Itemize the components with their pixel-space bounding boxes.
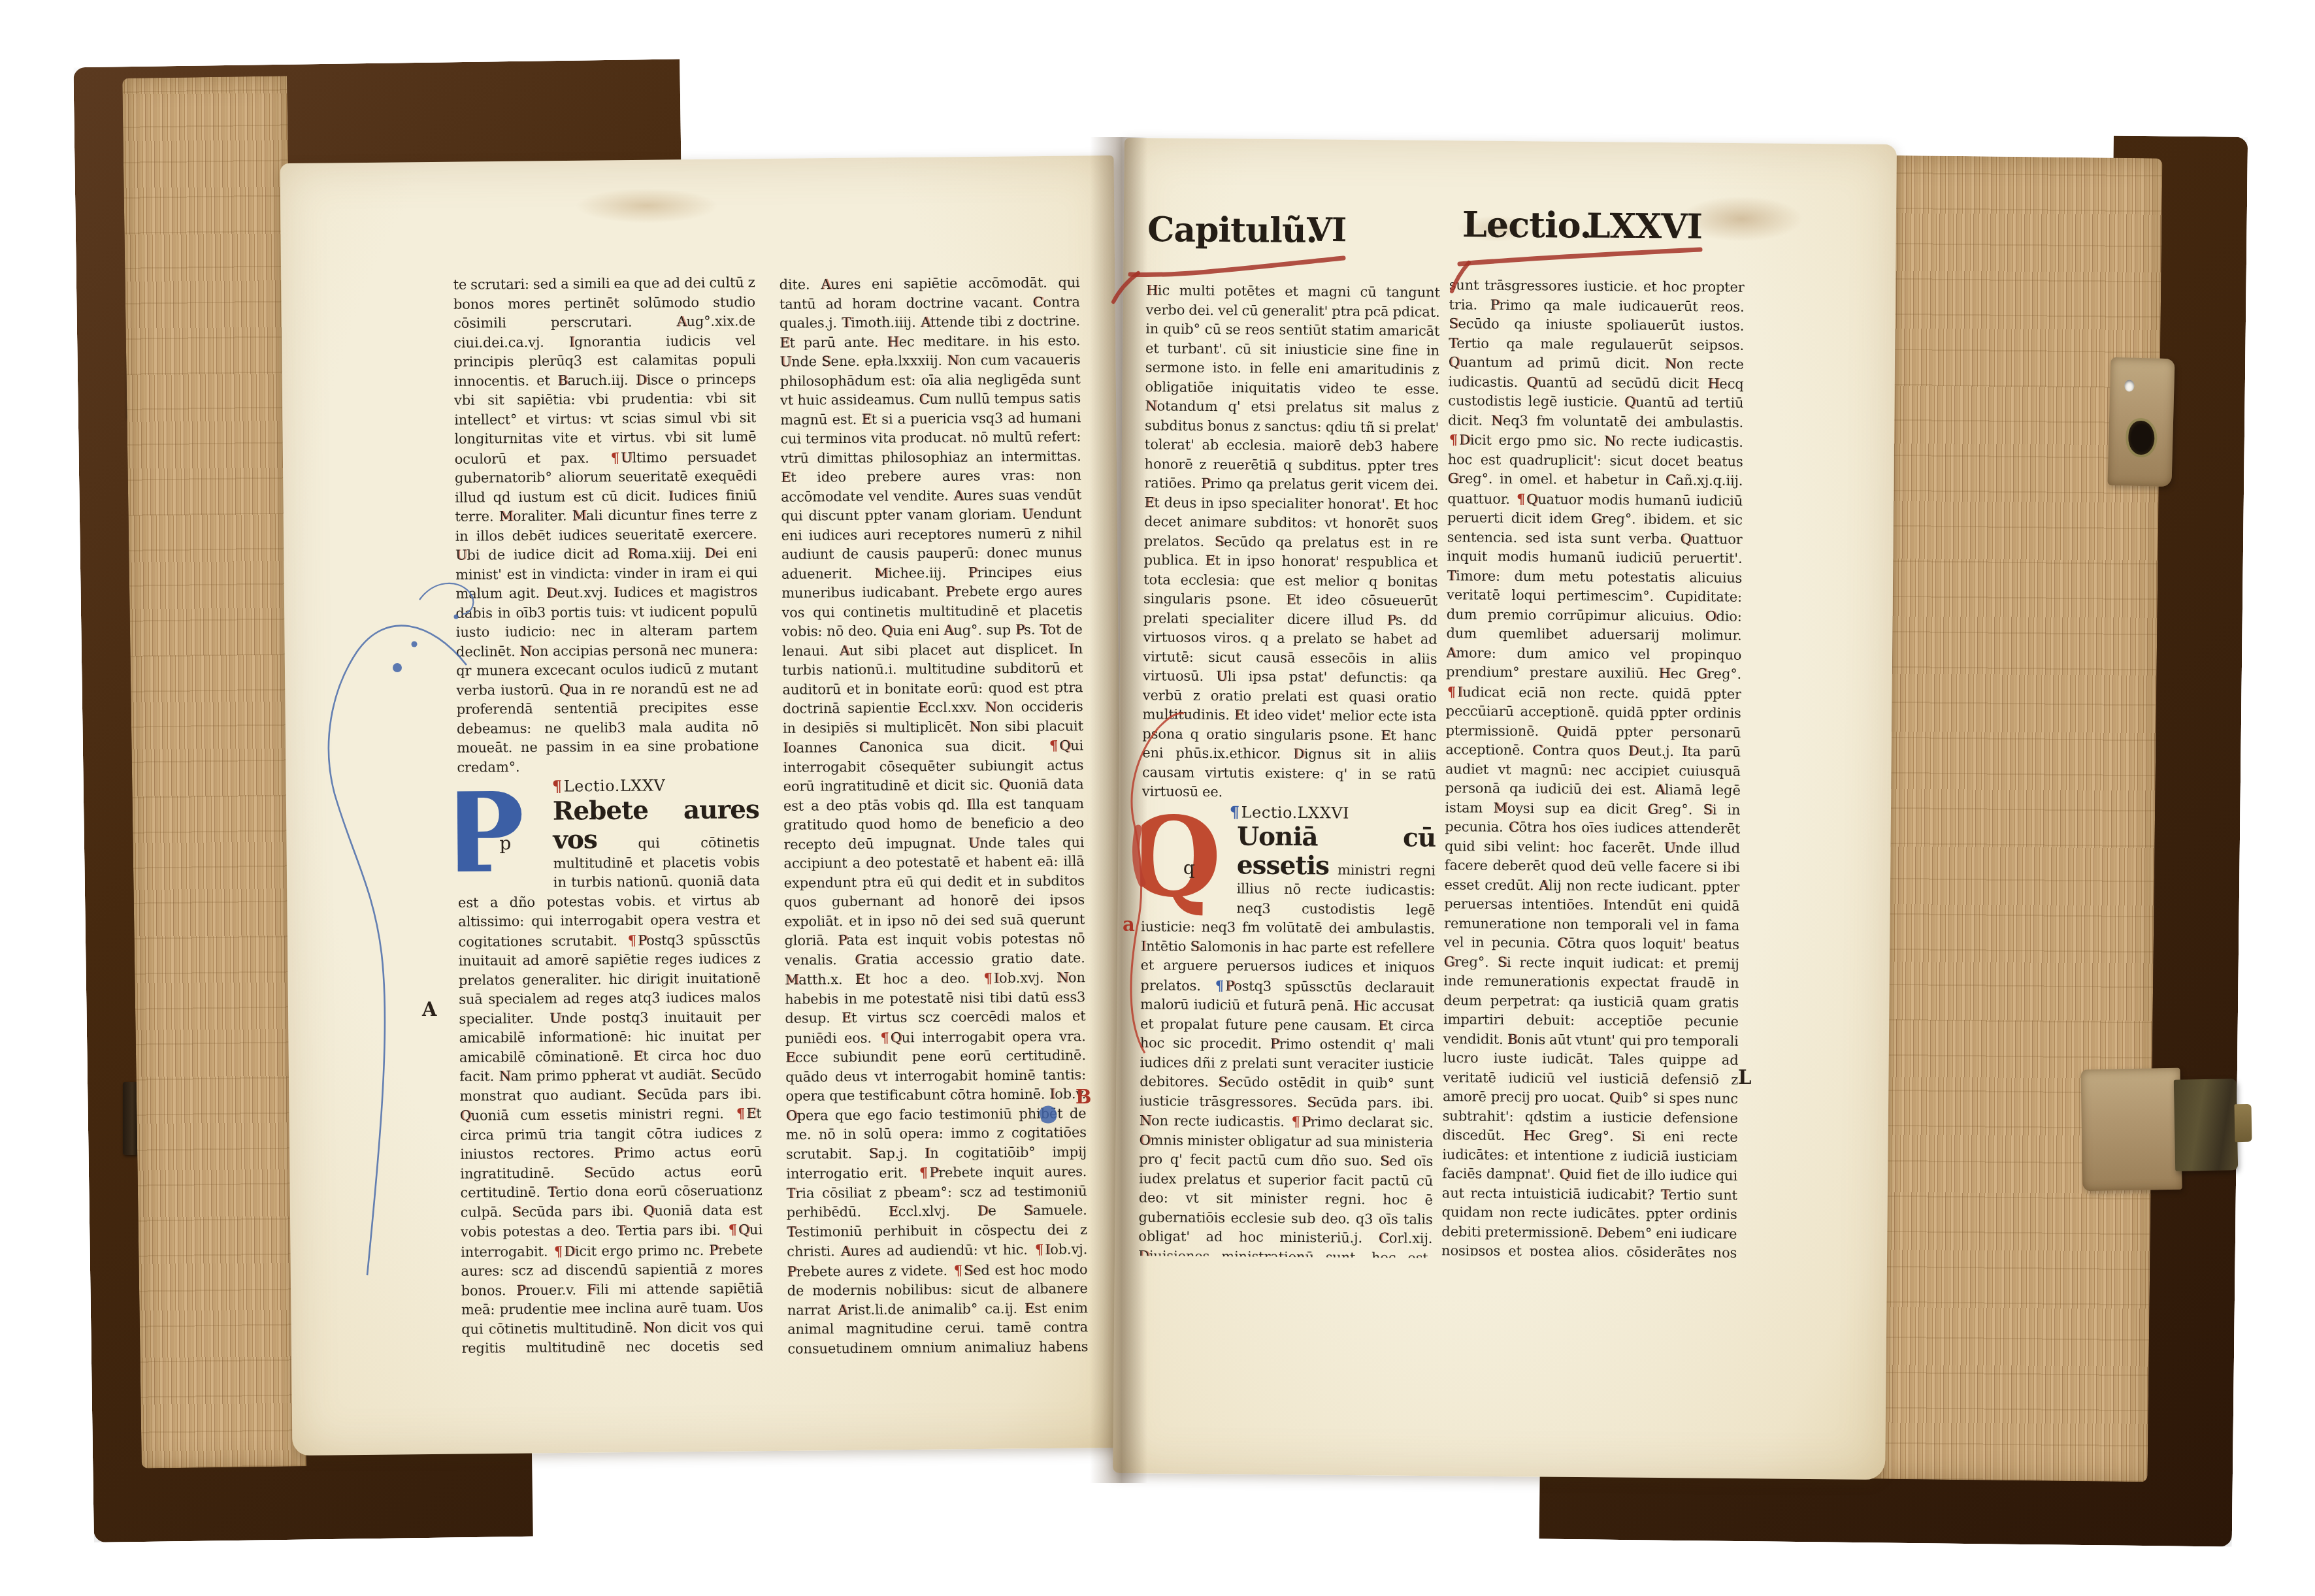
pilcrow-mark: ¶ (627, 932, 638, 948)
rubricated-capital: P (1302, 1114, 1311, 1130)
rubricated-capital: E (785, 1050, 795, 1066)
rubricated-capital: G (1591, 511, 1602, 527)
rubricated-capital: E (918, 700, 928, 715)
initial-p-guide-letter: p (499, 834, 511, 853)
rubricated-capital: P (709, 1242, 718, 1258)
pilcrow-mark: ¶ (1446, 683, 1457, 700)
rubricated-capital: Q (1526, 374, 1537, 390)
rubricated-capital: P (968, 564, 977, 580)
rubricated-capital: E (889, 1203, 898, 1219)
photo-of-open-incunable: Capitulũ. VI Lectio. LXXVI te scrutari: … (0, 0, 2315, 1596)
rubricated-capital: C (1666, 472, 1676, 488)
body-text: Hic multi potētes et magni cū tangunt ve… (1142, 282, 1440, 800)
pilcrow-mark: ¶ (553, 1243, 564, 1259)
rubricated-capital: Q (559, 681, 570, 697)
lectio-number: LXXVI (1586, 206, 1702, 246)
clasp-strap-upper (2107, 357, 2175, 487)
rubricated-capital: N (985, 699, 996, 715)
rubricated-capital: M (1493, 800, 1507, 815)
pilcrow-mark: ¶ (1290, 1113, 1301, 1130)
rubricated-capital: Q (1449, 354, 1460, 370)
rubricated-capital: P (1225, 978, 1234, 994)
rubricated-capital: I (668, 488, 674, 504)
rubricated-capital: C (1532, 742, 1543, 758)
pilcrow-mark: ¶ (1228, 802, 1241, 821)
rubricated-capital: S (1380, 1153, 1389, 1169)
pilcrow-mark: ¶ (1515, 491, 1526, 507)
rubricated-capital: A (841, 1243, 851, 1259)
rubricated-capital: D (1628, 743, 1639, 758)
rubricated-capital: N (1604, 433, 1616, 449)
rubricated-capital: G (1647, 801, 1658, 817)
rubricated-capital: E (746, 1105, 756, 1121)
rubricated-capital: T (548, 1184, 555, 1200)
rubricated-capital: T (1447, 568, 1456, 583)
rubricated-capital: U (455, 547, 467, 563)
rubricated-capital: C (1557, 936, 1568, 951)
rubricated-capital: S (1498, 954, 1507, 969)
rubricated-capital: C (859, 740, 870, 755)
right-fore-edge (1869, 155, 2163, 1482)
lectio-heading: Lectio. (1462, 203, 1592, 246)
pilcrow-mark: ¶ (551, 777, 564, 796)
rubricated-capital: N (643, 1320, 655, 1335)
rubricated-capital: I (783, 740, 788, 756)
rubricated-capital: U (550, 1010, 561, 1026)
rubricated-capital: M (785, 972, 799, 988)
rubricated-capital: C (1032, 294, 1043, 310)
rubricated-capital: S (512, 1204, 521, 1220)
rubricated-capital: E (780, 334, 789, 350)
rubricated-capital: N (1140, 1113, 1151, 1128)
rubricated-capital: U (736, 1299, 748, 1315)
body-text: qui cōtinetis multitudinē et placetis vo… (458, 834, 764, 1357)
pilcrow-mark: ¶ (1214, 977, 1225, 994)
rubricated-capital: H (1707, 376, 1719, 391)
rubricated-capital: P (1270, 1036, 1279, 1052)
rubricated-capital: T (786, 1185, 795, 1201)
rubricated-capital: N (1145, 398, 1157, 414)
rubricated-capital: Q (1624, 394, 1635, 410)
rubricated-capital: I (1049, 1086, 1055, 1102)
rubricated-capital: S (1307, 1094, 1316, 1110)
rubricated-capital: H (887, 334, 898, 350)
initial-p: Pp (453, 799, 548, 879)
rubricated-capital: N (947, 353, 959, 368)
rubricated-capital: T (787, 1224, 795, 1239)
rubricated-capital: S (821, 353, 830, 369)
rubricated-capital: E (842, 1010, 851, 1026)
rubricated-capital: S (1703, 802, 1712, 817)
rubricated-capital: I (1045, 1242, 1050, 1258)
rubricated-capital: S (1449, 316, 1458, 331)
rubricated-capital: A (953, 487, 963, 503)
rubricated-capital: Q (643, 1203, 654, 1218)
rubricated-capital: A (944, 623, 953, 638)
rubricated-capital: A (1655, 782, 1665, 798)
rubricated-capital: D (564, 1243, 575, 1259)
rubricated-capital: N (519, 643, 531, 659)
rubricated-capital: I (1457, 684, 1462, 700)
rubricated-capital: Q (1559, 1167, 1570, 1182)
rubricated-capital: S (711, 1067, 720, 1083)
rubricated-capital: D (977, 1203, 989, 1218)
initial-q-letter: Q (1138, 802, 1222, 912)
strap-hole-small (2124, 380, 2134, 391)
rubricated-capital: Q (1680, 531, 1691, 547)
clasp-brass-plate (2174, 1079, 2238, 1171)
rubricated-capital: S (869, 1145, 878, 1161)
rubricated-capital: C (1379, 1230, 1389, 1246)
rubricated-capital: E (781, 470, 791, 485)
pilcrow-mark: ¶ (879, 1029, 890, 1045)
body-text: te scrutari: sed a simili ea que ad dei … (453, 274, 759, 775)
rubricated-capital: C (1509, 819, 1519, 835)
rubricated-capital: P (787, 1263, 796, 1279)
right-page-column-2: sunt trāsgressores iusticie. et hoc prop… (1441, 276, 1745, 1258)
rubricated-capital: B (1507, 1031, 1517, 1047)
pilcrow-mark: ¶ (982, 969, 993, 986)
rubricated-capital: E (1394, 497, 1404, 512)
rubricated-capital: P (929, 1165, 938, 1181)
rubricated-capital: A (838, 1302, 847, 1318)
rubricated-capital: A (1446, 645, 1456, 660)
pilcrow-mark: ¶ (735, 1105, 746, 1121)
rubricated-capital: C (1666, 589, 1676, 604)
rubricated-capital: E (633, 1048, 643, 1064)
rubricated-capital: E (861, 411, 871, 427)
rubricated-capital: I (1603, 897, 1608, 913)
rubricated-capital: S (637, 1086, 646, 1102)
strap-hole-large (2128, 421, 2155, 455)
rubricated-capital: S (1215, 534, 1224, 549)
rubricated-capital: P (1490, 297, 1499, 312)
body-text: sunt trāsgressores iusticie. et hoc prop… (1441, 277, 1745, 1258)
initial-q-guide-letter: q (1183, 858, 1195, 878)
rubricated-capital: E (1144, 495, 1154, 510)
rubricated-capital: P (516, 1282, 525, 1298)
rubricated-capital: I (569, 334, 574, 350)
rubricated-capital: H (1523, 1128, 1535, 1143)
rubricated-capital: G (1696, 666, 1707, 681)
rubricated-capital: I (1068, 641, 1074, 657)
rubricated-capital: U (780, 354, 791, 370)
rubricated-capital: E (1381, 728, 1390, 743)
rubricated-capital: M (572, 508, 586, 523)
rubricated-capital: T (842, 315, 851, 331)
rubricated-capital: Q (881, 623, 893, 638)
rubricated-capital: G (1444, 954, 1455, 969)
rubricated-capital: H (1658, 666, 1670, 681)
rubricated-capital: D (1596, 1225, 1607, 1241)
left-page-column-1: te scrutari: sed a simili ea que ad dei … (453, 273, 764, 1357)
rubricated-capital: D (1293, 746, 1304, 762)
chapter-number: VI (1307, 210, 1347, 249)
rubricated-capital: E (1286, 592, 1296, 608)
pilcrow-mark: ¶ (953, 1262, 964, 1278)
rubricated-capital: N (1491, 412, 1503, 428)
rubricated-capital: U (621, 449, 632, 465)
left-page-column-2: dite. Aures eni sapiētie accōmodāt. qui … (779, 273, 1088, 1361)
rubricated-capital: U (968, 835, 980, 851)
rubricated-capital: N (499, 1068, 510, 1084)
rubricated-capital: U (1216, 668, 1228, 684)
rubricated-capital: O (1139, 1132, 1150, 1148)
rubricated-capital: S (1632, 1128, 1641, 1144)
gutter-shadow (1090, 137, 1147, 1483)
rubricated-capital: S (1023, 1203, 1032, 1218)
rubricated-capital: A (1539, 877, 1549, 893)
rubricated-capital: S (964, 1262, 973, 1278)
rubricated-capital: T (1609, 1051, 1617, 1067)
rubricated-capital: D (704, 546, 715, 561)
rubricated-capital: U (1664, 839, 1675, 855)
rubricated-capital: A (676, 314, 686, 329)
rubricated-capital: N (1057, 969, 1068, 985)
rubricated-capital: A (840, 643, 849, 659)
rubricated-capital: P (614, 1145, 623, 1161)
rubricated-capital: Q (1059, 738, 1070, 753)
rubricated-capital: U (1022, 506, 1034, 522)
rubricated-capital: A (921, 314, 930, 330)
rubricated-capital: T (1040, 622, 1047, 638)
rubricated-capital: P (638, 932, 646, 948)
rubricated-capital: A (821, 276, 830, 292)
rubricated-capital: E (1205, 553, 1215, 568)
rubricated-capital: S (1190, 938, 1200, 954)
rubricated-capital: D (636, 372, 647, 387)
rubricated-capital: F (587, 1282, 597, 1297)
rubricated-capital: G (1447, 470, 1458, 486)
rubricated-capital: S (1218, 1074, 1227, 1090)
rubricated-capital: C (919, 391, 929, 407)
clasp-brass-hook (2234, 1104, 2252, 1142)
rubricated-capital: I (966, 796, 972, 812)
rubricated-capital: N (1664, 356, 1676, 372)
rubricated-capital: I (1141, 938, 1146, 954)
rubricated-capital: H (1353, 998, 1365, 1014)
rubricated-capital: Q (738, 1222, 749, 1237)
pilcrow-mark: ¶ (918, 1164, 929, 1181)
rubricated-capital: D (1459, 432, 1470, 448)
pilcrow-mark: ¶ (1034, 1241, 1045, 1258)
rubricated-capital: O (785, 1107, 796, 1123)
rubricated-capital: T (1661, 1186, 1669, 1202)
body-text: dite. Aures eni sapiētie accōmodāt. qui … (779, 274, 1088, 1361)
rubricated-capital: P (1201, 476, 1210, 491)
margin-letter-B: B (1075, 1086, 1092, 1108)
rubricated-capital: Q (1526, 491, 1537, 507)
rubricated-capital: M (499, 508, 514, 524)
left-fore-edge (122, 76, 306, 1468)
rubricated-capital: E (1025, 1300, 1034, 1316)
rubricated-capital: S (584, 1165, 593, 1181)
margin-letter-A: A (422, 998, 437, 1020)
rubricated-capital: I (994, 970, 999, 986)
rubricated-capital: P (1387, 612, 1396, 628)
rubricated-capital: Q (891, 1030, 902, 1045)
rubricated-capital: E (855, 971, 865, 987)
initial-p-letter: P (453, 777, 525, 888)
rubricated-capital: P (838, 932, 846, 948)
rubricated-capital: P (945, 584, 955, 600)
rubricated-capital: D (546, 585, 557, 601)
pilcrow-mark: ¶ (727, 1221, 738, 1237)
right-page-column-1: Hic multi potētes et magni cū tangunt ve… (1138, 281, 1440, 1258)
rubricated-capital: B (557, 372, 567, 388)
rubricated-capital: P (1015, 622, 1025, 638)
rubricated-capital: E (1378, 1018, 1388, 1034)
rubricated-capital: Q (460, 1108, 471, 1124)
initial-q: Qq (1138, 824, 1232, 904)
rubricated-capital: H (1146, 282, 1158, 298)
rubricated-capital: Q (1609, 1090, 1620, 1105)
margin-letter-a: a (1123, 913, 1135, 936)
pilcrow-mark: ¶ (1048, 737, 1059, 753)
margin-letter-L: L (1738, 1066, 1751, 1088)
rubricated-capital: M (874, 565, 889, 581)
rubricated-capital: G (1568, 1128, 1579, 1144)
rubricated-capital: R (627, 546, 638, 562)
rubricated-capital: Q (998, 777, 1010, 792)
pilcrow-mark: ¶ (1448, 431, 1459, 448)
rubricated-capital: I (1682, 743, 1687, 759)
rubricated-capital: T (616, 1223, 624, 1239)
clasp-strap-lower (2080, 1068, 2182, 1192)
rubricated-capital: G (855, 951, 866, 967)
pilcrow-mark: ¶ (610, 449, 621, 465)
rubricated-capital: N (969, 719, 981, 734)
rubricated-capital: I (925, 1145, 930, 1161)
rubricated-capital: I (614, 585, 619, 600)
chapter-heading: Capitulũ. (1147, 210, 1317, 251)
rubricated-capital: T (1449, 335, 1456, 351)
rubricated-capital: E (1234, 707, 1244, 723)
rubricated-capital: O (1705, 608, 1716, 624)
rubricated-capital: Q (1556, 723, 1568, 739)
